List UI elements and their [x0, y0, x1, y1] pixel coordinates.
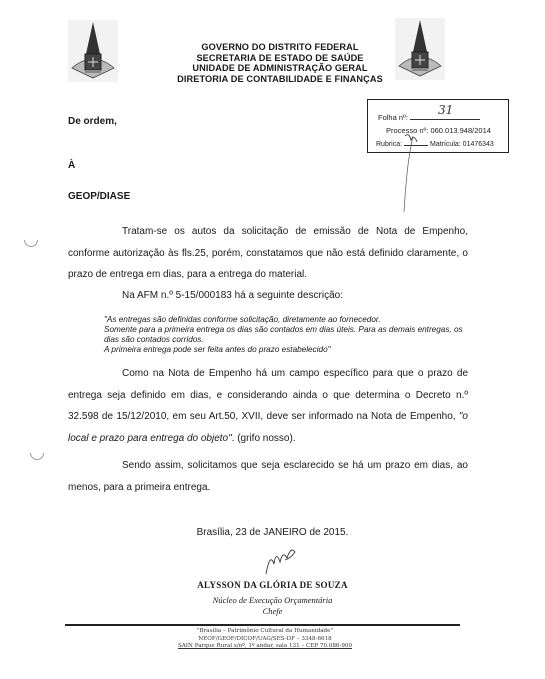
- brasilia-coat-of-arms-icon: [68, 20, 118, 82]
- header-line: SECRETARIA DE ESTADO DE SAÚDE: [150, 53, 410, 64]
- p3-end: . (grifo nosso).: [232, 433, 296, 444]
- letterhead: GOVERNO DO DISTRITO FEDERAL SECRETARIA D…: [150, 42, 410, 84]
- signatory-name: ALYSSON DA GLÓRIA DE SOUZA: [0, 580, 545, 590]
- rubrica-row: Rubrica: Matrícula: 01476343: [376, 139, 494, 148]
- folha-label: Folha nº:: [378, 113, 408, 122]
- footer-dept: NEOF/GEOF/DICOF/UAG/SES-DF – 3348-6618: [65, 636, 465, 644]
- header-line: DIRETORIA DE CONTABILIDADE E FINANÇAS: [150, 74, 410, 85]
- punch-hole-mark: [24, 240, 38, 247]
- footer-divider: [65, 624, 460, 626]
- recipient: GEOP/DIASE: [68, 191, 130, 202]
- signatory-unit: Núcleo de Execução Orçamentária: [0, 595, 545, 605]
- paragraph-2: Na AFM n.º 5-15/000183 há a seguinte des…: [68, 285, 468, 307]
- greeting: De ordem,: [68, 116, 117, 127]
- folha-value: 31: [438, 103, 453, 117]
- page-stamp: Folha nº: 31 Processo nº: 060.013.948/20…: [367, 99, 509, 153]
- footer-motto: "Brasília – Patrimônio Cultural da Human…: [65, 628, 465, 636]
- punch-hole-mark: [30, 453, 44, 460]
- signatory-role: Chefe: [0, 606, 545, 616]
- paragraph-4: Sendo assim, solicitamos que seja esclar…: [68, 455, 468, 498]
- p3-text: Como na Nota de Empenho há um campo espe…: [68, 368, 468, 422]
- processo-value: 060.013.948/2014: [430, 126, 490, 135]
- paragraph-1: Tratam-se os autos da solicitação de emi…: [68, 221, 468, 286]
- to-line: À: [68, 160, 75, 171]
- quoted-description: "As entregas são definidas conforme soli…: [104, 315, 464, 355]
- handwritten-signature: [262, 548, 302, 578]
- folha-row: Folha nº: 31: [378, 111, 480, 122]
- matricula-value: 01476343: [463, 141, 494, 148]
- paragraph-3: Como na Nota de Empenho há um campo espe…: [68, 363, 468, 449]
- matricula-label: Matrícula:: [430, 141, 461, 148]
- header-line: UNIDADE DE ADMINISTRAÇÃO GERAL: [150, 63, 410, 74]
- quote-line: "As entregas são definidas conforme soli…: [104, 315, 464, 325]
- handwritten-stroke: [395, 134, 425, 214]
- footer: "Brasília – Patrimônio Cultural da Human…: [65, 628, 465, 651]
- header-line: GOVERNO DO DISTRITO FEDERAL: [150, 42, 410, 53]
- date-line: Brasília, 23 de JANEIRO de 2015.: [0, 527, 545, 538]
- footer-address: SAIN Parque Rural s/nº, 1º andar, sala 1…: [65, 643, 465, 651]
- quote-line: Somente para a primeira entrega os dias …: [104, 325, 464, 345]
- quote-line: A primeira entrega pode ser feita antes …: [104, 345, 464, 355]
